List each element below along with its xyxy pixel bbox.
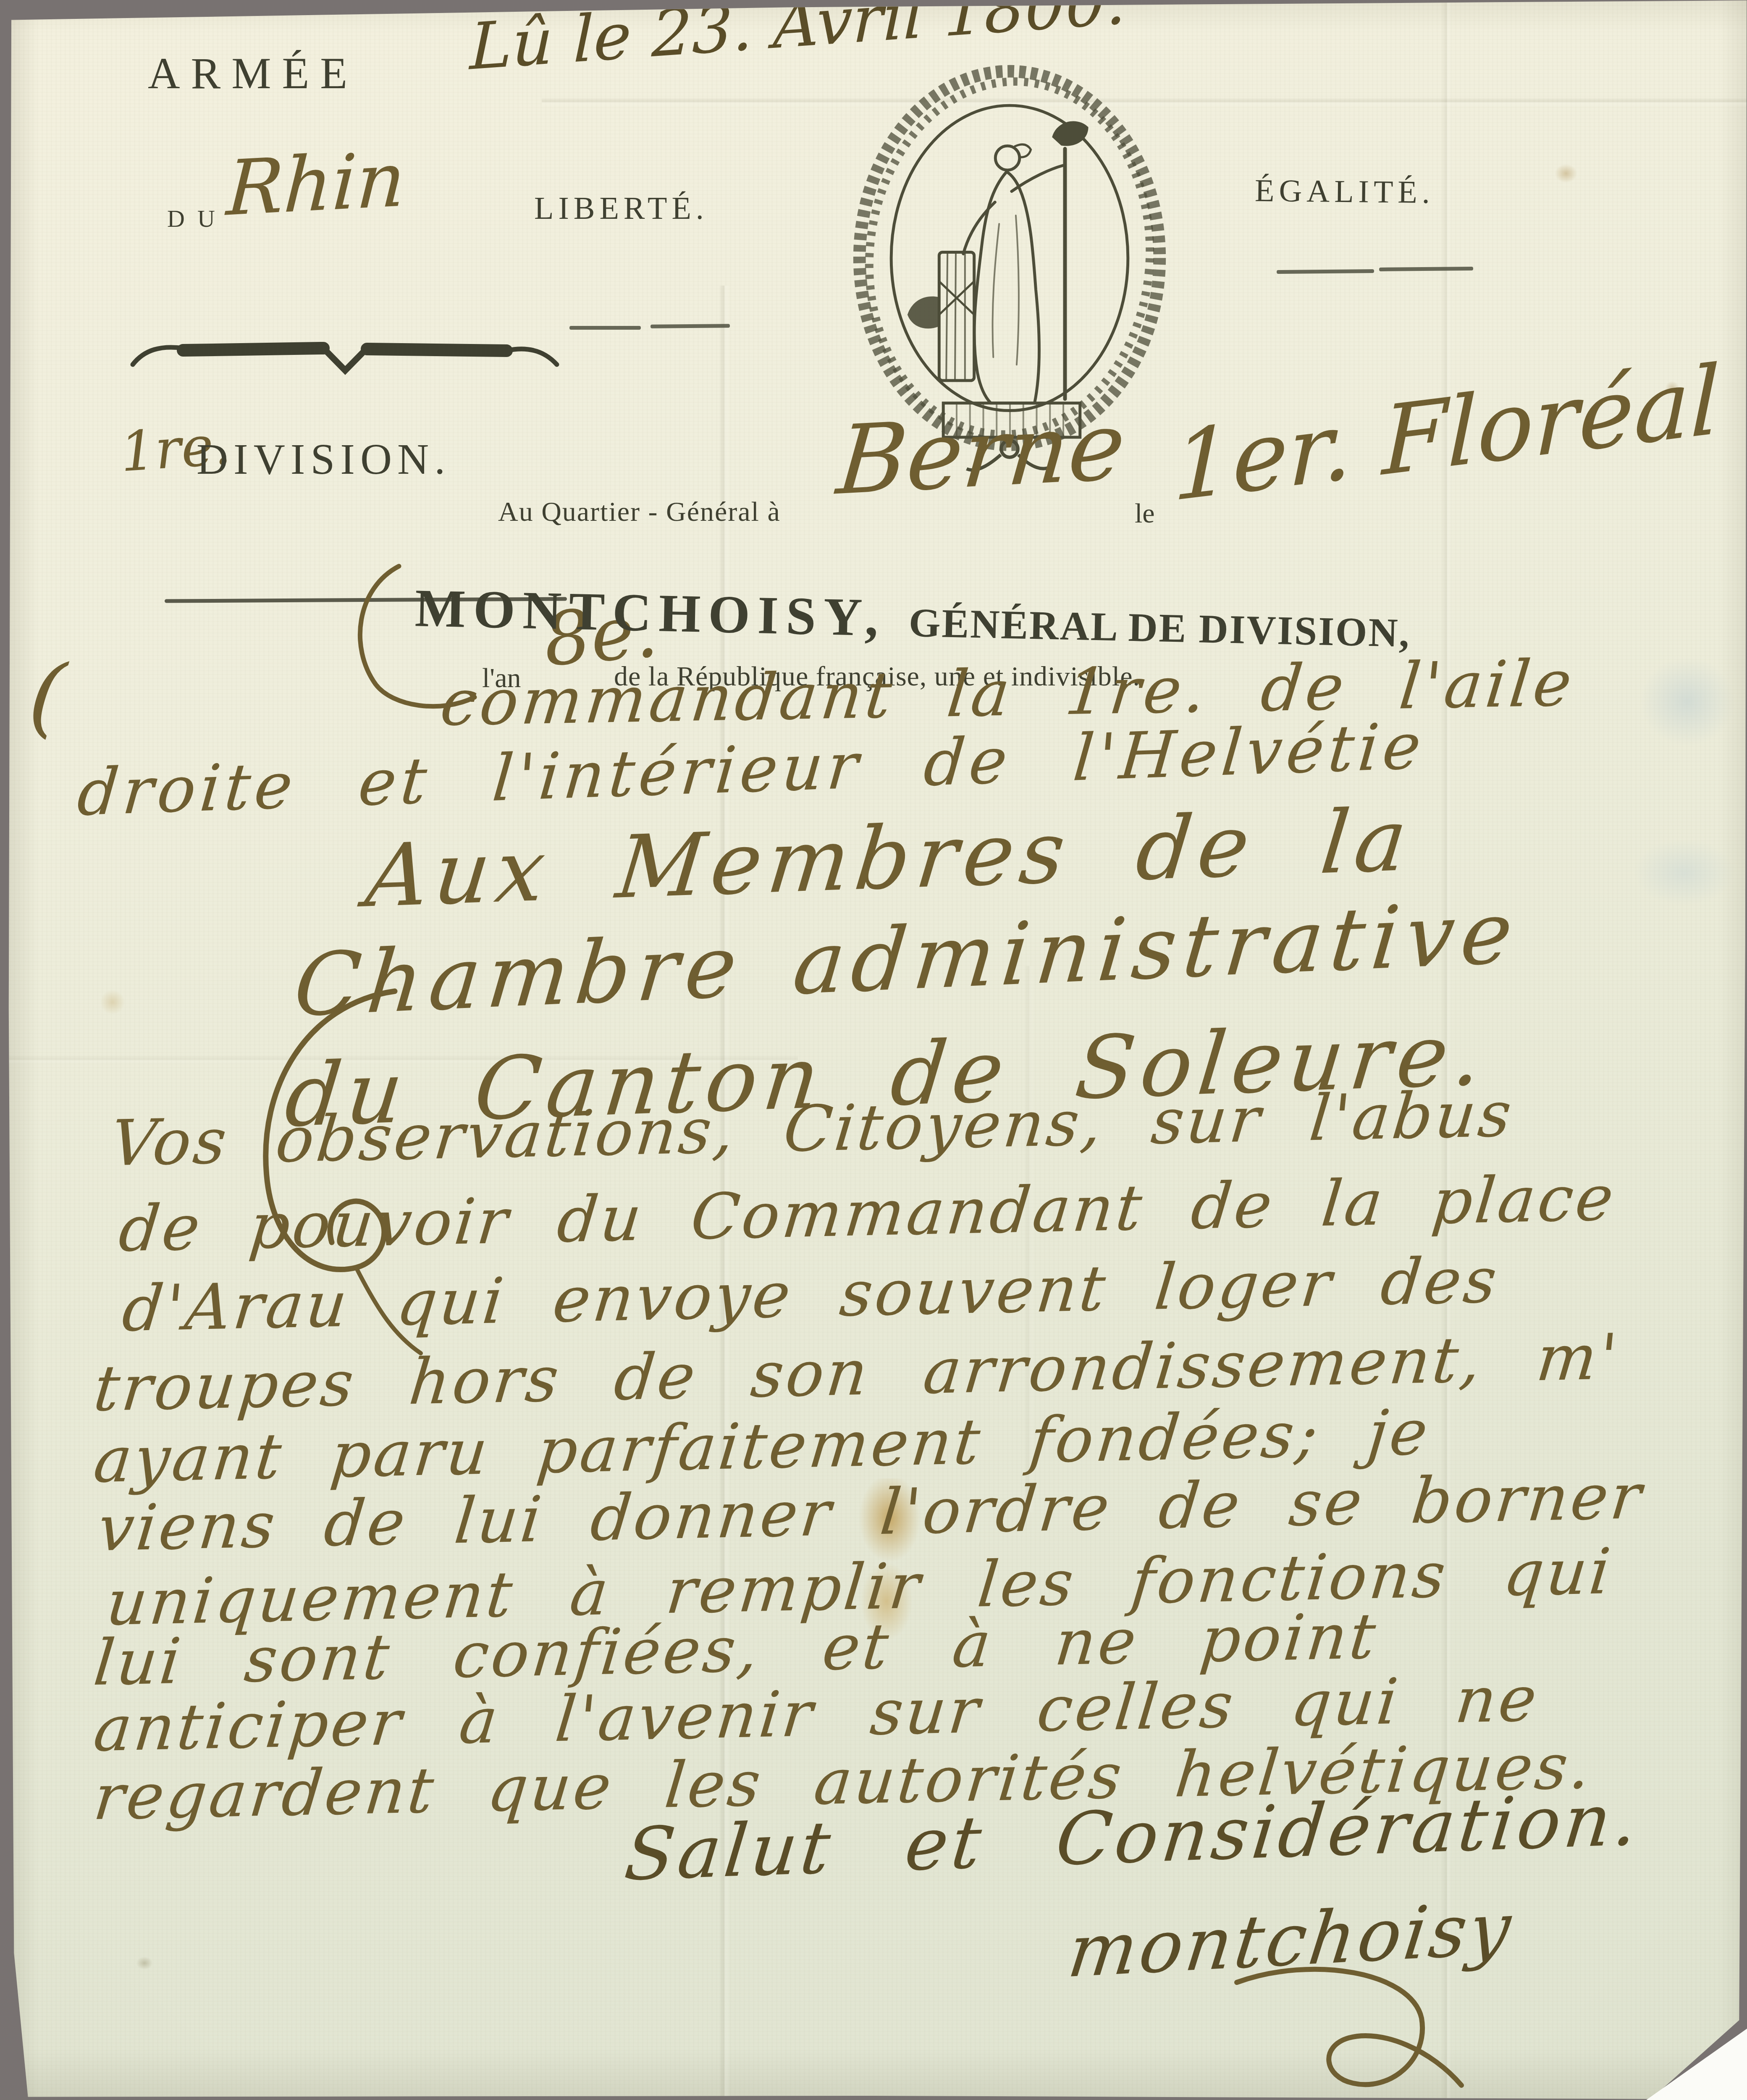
- general-rank-printed: GÉNÉRAL DE DIVISION,: [908, 600, 1411, 656]
- foxing-spot: [1550, 160, 1582, 186]
- dateline-place-handwritten: Berne: [834, 399, 1129, 509]
- liberte-dash: [569, 326, 641, 330]
- egalite-motto: ÉGALITÉ.: [1255, 175, 1435, 208]
- ink-paren-mark: (: [25, 650, 68, 741]
- blue-tint-stain: [1617, 828, 1747, 916]
- dateline-printed-prefix: Au Quartier - Général à: [498, 498, 781, 526]
- egalite-dash: [1379, 267, 1473, 271]
- scanned-letter-page: { "letterhead": { "armee": "ARMÉE", "du"…: [0, 0, 1747, 2100]
- army-name-handwritten: Rhin: [225, 142, 407, 227]
- bracket-ornament: [125, 324, 565, 380]
- army-header: ARMÉE: [148, 51, 358, 96]
- army-du: DU: [167, 207, 228, 231]
- dateline-printed-le: le: [1135, 500, 1155, 528]
- egalite-dash: [1277, 269, 1374, 274]
- blue-tint-stain: [1624, 643, 1747, 760]
- division-header: DIVISION.: [197, 438, 451, 481]
- liberte-dash: [651, 324, 730, 328]
- general-name-printed: MONTCHOISY,: [414, 578, 887, 647]
- signature-paraph: [1214, 1957, 1491, 2096]
- liberte-motto: LIBERTÉ.: [534, 192, 708, 224]
- foxing-spot: [95, 984, 130, 1020]
- letter-paper: Lû le 23. Avril 1800. ARMÉE DU Rhin 1re.…: [0, 0, 1747, 2100]
- foxing-spot: [133, 1954, 156, 1972]
